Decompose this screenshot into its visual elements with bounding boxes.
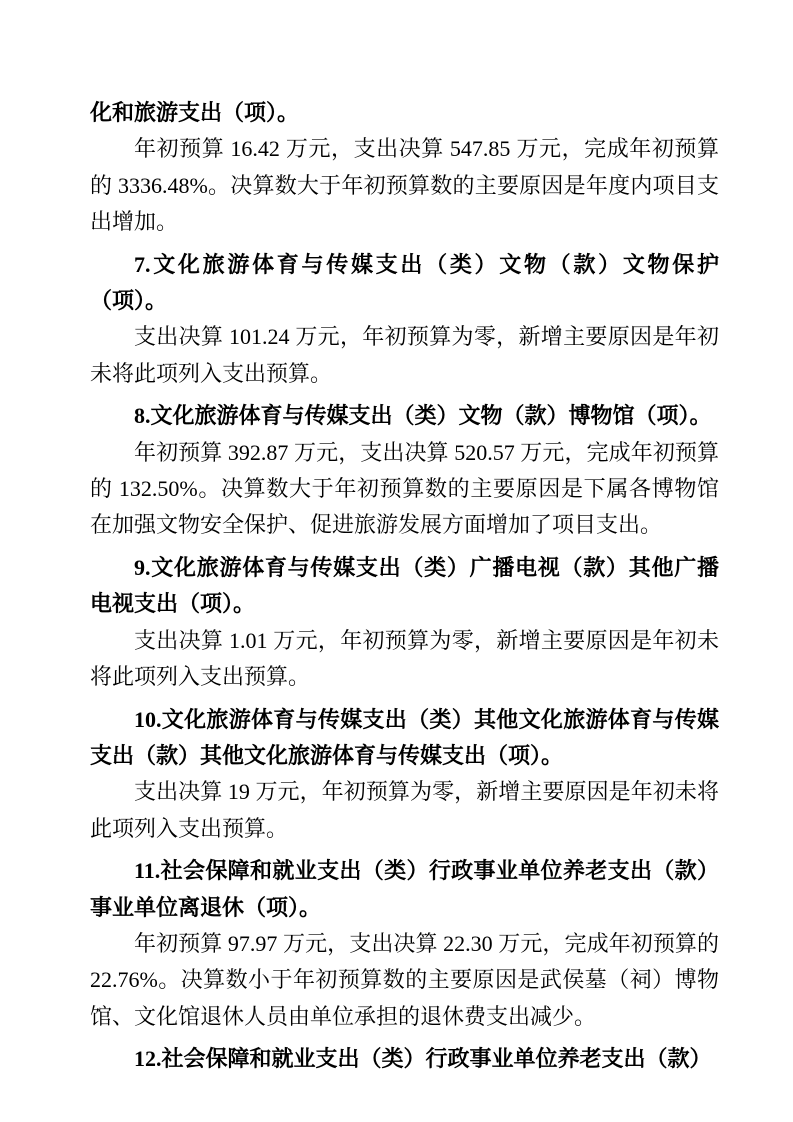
heading-continuation: 化和旅游支出（项）。: [90, 95, 719, 131]
paragraph-body: 年初预算 16.42 万元，支出决算 547.85 万元，完成年初预算的 333…: [90, 131, 719, 240]
paragraph-body: 支出决算 101.24 万元，年初预算为零，新增主要原因是年初未将此项列入支出预…: [90, 319, 719, 392]
document-content: 化和旅游支出（项）。年初预算 16.42 万元，支出决算 547.85 万元，完…: [90, 95, 719, 1078]
document-page: 化和旅游支出（项）。年初预算 16.42 万元，支出决算 547.85 万元，完…: [0, 0, 793, 1122]
section-heading: 10.文化旅游体育与传媒支出（类）其他文化旅游体育与传媒支出（款）其他文化旅游体…: [90, 702, 719, 775]
paragraph-body: 年初预算 97.97 万元，支出决算 22.30 万元，完成年初预算的 22.7…: [90, 926, 719, 1035]
paragraph-body: 支出决算 19 万元，年初预算为零，新增主要原因是年初未将此项列入支出预算。: [90, 774, 719, 847]
section-heading: 11.社会保障和就业支出（类）行政事业单位养老支出（款）事业单位离退休（项）。: [90, 853, 719, 926]
section-heading: 7.文化旅游体育与传媒支出（类）文物（款）文物保护（项）。: [90, 247, 719, 320]
section-heading: 9.文化旅游体育与传媒支出（类）广播电视（款）其他广播电视支出（项）。: [90, 550, 719, 623]
section-heading: 12.社会保障和就业支出（类）行政事业单位养老支出（款）: [90, 1041, 719, 1077]
section-heading: 8.文化旅游体育与传媒支出（类）文物（款）博物馆（项）。: [90, 398, 719, 434]
paragraph-body: 支出决算 1.01 万元，年初预算为零，新增主要原因是年初未将此项列入支出预算。: [90, 623, 719, 696]
paragraph-body: 年初预算 392.87 万元，支出决算 520.57 万元，完成年初预算的 13…: [90, 435, 719, 544]
